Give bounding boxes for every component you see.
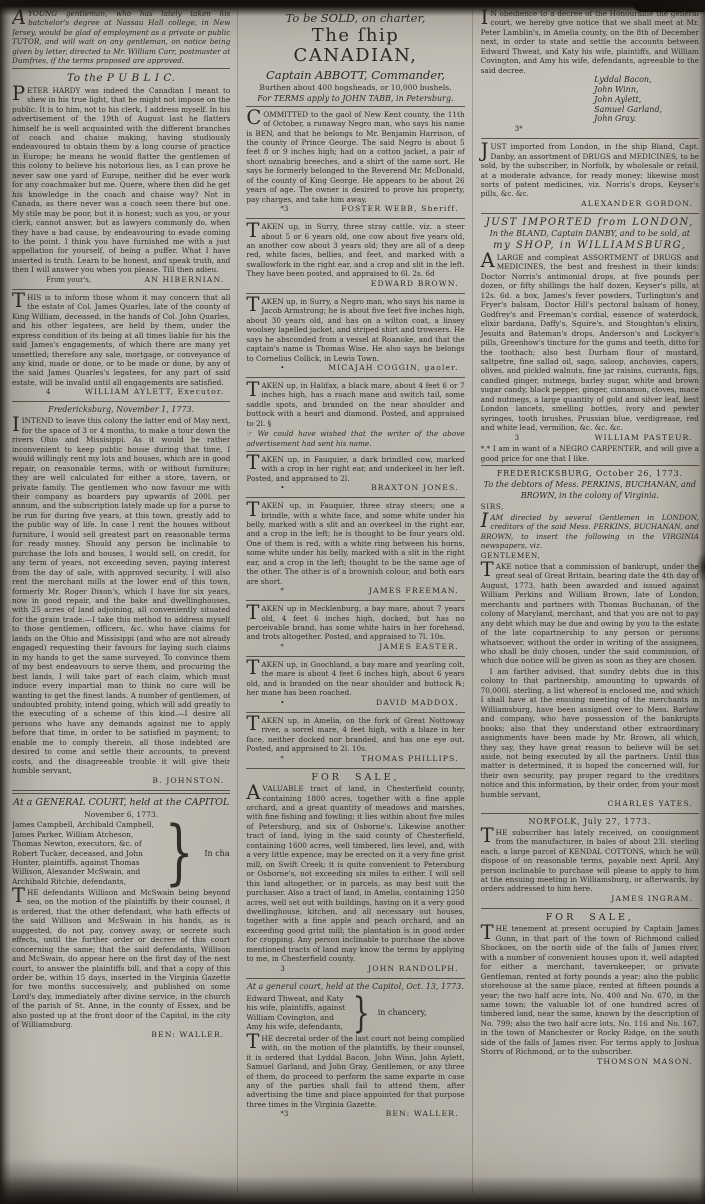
ad-paragraph: TAKE notice that a commission of bankrup…	[481, 562, 699, 666]
signature-mark: 3	[515, 433, 519, 444]
signature-row: THOMSON MASON.	[481, 1057, 699, 1069]
ad-paragraph: IINTEND to leave this colony the latter …	[12, 416, 230, 775]
ad-paragraph: THIS is to inform those whom it may conc…	[12, 293, 230, 388]
drop-cap: T	[246, 605, 259, 621]
drop-cap: A	[246, 785, 260, 801]
signature-name: ALEXANDER GORDON.	[581, 199, 693, 210]
drop-cap: J	[481, 143, 489, 159]
party-line: James Parker, William Atcheson,	[12, 830, 154, 839]
signature-mark: •	[280, 698, 284, 709]
drop-cap: T	[481, 828, 494, 844]
signature-row: B. JOHNSTON.	[12, 776, 230, 788]
signature-row: •MICAJAH COGGIN, gaoler.	[246, 363, 464, 375]
ad-heading: FREDERICKSBURG, October 26, 1773.	[481, 469, 699, 478]
ad-paragraph: TAKEN up, in Goochland, a bay mare and y…	[246, 660, 464, 698]
section-rule	[246, 656, 464, 657]
chancery-case: Edward Thweat, and Katyhis wife, plainti…	[246, 993, 464, 1033]
signature-row: *JAMES FREEMAN.	[246, 586, 464, 598]
signature-name: JAMES EASTER.	[379, 642, 459, 653]
section-rule	[481, 465, 699, 466]
ad-heading: my SHOP, in WILLIAMSBURG,	[481, 240, 699, 251]
drop-cap: T	[12, 293, 25, 309]
advertisement: TAKEN up, in Goochland, a bay mare and y…	[246, 660, 464, 709]
paragraph-text: ETER HARDY was indeed the Canadian I mea…	[12, 86, 230, 275]
newspaper-page: AYOUNG gentleman, who has lately taken h…	[0, 0, 705, 1204]
paragraph-text: HIS is to inform those whom it may conce…	[12, 293, 230, 387]
advertisement: NORFOLK, July 27, 1773.THE subscriber ha…	[481, 817, 699, 905]
ad-paragraph: TAKEN up, in Amelia, on the fork of Grea…	[246, 716, 464, 754]
signature-name: JAMES INGRAM.	[611, 894, 693, 905]
paragraph-text: I am farther advised, that sundry debts …	[481, 667, 699, 799]
ad-heading: To the debtors of Mess. PERKINS, BUCHANA…	[481, 480, 699, 490]
ad-paragraph: THE decretal order of the last court not…	[246, 1034, 464, 1110]
ad-paragraph: ☞ We could have wished that the writer o…	[246, 429, 464, 448]
signature-row: 3WILLIAM PASTEUR.	[481, 433, 699, 445]
ad-heading: NORFOLK, July 27, 1773.	[481, 817, 699, 826]
party-lines: James Campbell, Archibald Campbell,James…	[12, 820, 154, 886]
advertisement: AYOUNG gentleman, who has lately taken h…	[12, 9, 230, 66]
paragraph-text: SIRS,	[481, 502, 504, 511]
paragraph-text: VALUABLE tract of land, in Chesterfield …	[246, 784, 464, 963]
paragraph-text: LARGE and compleat ASSORTMENT of DRUGS a…	[481, 253, 699, 432]
page-edge-right-shadow	[699, 0, 705, 1204]
paragraph-text: INTEND to leave this colony the latter e…	[12, 416, 230, 775]
signature-mark: *	[280, 586, 284, 597]
signature-name: EDWARD BROWN.	[371, 279, 459, 290]
paragraph-text: UST imported from London, in the ship Bl…	[481, 142, 699, 198]
signature-row: 3*	[481, 124, 699, 136]
paragraph-text: AKEN up, in Surry, a Negro man, who says…	[246, 297, 464, 363]
advertisement: *.* I am in want of a NEGRO CARPENTER, a…	[481, 444, 699, 463]
paragraph-text: HE tenement at present occupied by Capta…	[481, 924, 699, 1056]
signature-mark: 3	[280, 964, 284, 975]
section-rule	[12, 790, 230, 795]
ad-paragraph: I am farther advised, that sundry debts …	[481, 667, 699, 799]
ad-heading: Fredericksburg, November 1, 1773.	[12, 405, 230, 415]
ad-paragraph: THE defendants Willison and McSwain bein…	[12, 888, 230, 1030]
ad-paragraph: AYOUNG gentleman, who has lately taken h…	[12, 9, 230, 66]
signature-mark: •	[280, 483, 284, 494]
drop-cap: T	[246, 660, 259, 676]
advertisement: JUST imported from London, in the ship B…	[481, 142, 699, 210]
paragraph-text: AM directed by several Gentlemen in LOND…	[481, 513, 699, 550]
signature-name: AN HIBERNIAN.	[145, 275, 225, 286]
section-rule	[246, 768, 464, 769]
ad-paragraph: TAKEN up, in Fauquier, a dark brindled c…	[246, 455, 464, 483]
advertisement: To be SOLD, on charter,The ſhip CANADIAN…	[246, 11, 464, 104]
ad-paragraph: TAKEN up, in Surry, a Negro man, who say…	[246, 297, 464, 363]
signatory-name: John Gray.	[594, 114, 699, 124]
ad-paragraph: THE tenement at present occupied by Capt…	[481, 924, 699, 1056]
signature-row: *3FOSTER WEBB, Sheriff.	[246, 204, 464, 216]
signature-name: BRAXTON JONES.	[371, 483, 459, 494]
signature-name: MICAJAH COGGIN, gaoler.	[328, 363, 458, 374]
paragraph-text: HE decretal order of the last court not …	[246, 1034, 464, 1109]
signature-mark: 3*	[515, 124, 523, 135]
signature-mark: From your's,	[46, 275, 91, 286]
section-rule	[481, 908, 699, 909]
advertisement: TAKEN up, in Amelia, on the fork of Grea…	[246, 716, 464, 765]
ad-paragraph: TAKEN up, in Surry, three stray cattle, …	[246, 222, 464, 279]
ad-paragraph: TAKEN up in Mecklenburg, a bay mare, abo…	[246, 604, 464, 642]
section-rule	[246, 712, 464, 713]
advertisement: TAKEN up in Mecklenburg, a bay mare, abo…	[246, 604, 464, 653]
paragraph-text: AKE notice that a commission of bankrupt…	[481, 562, 699, 666]
brace-glyph: }	[353, 993, 370, 1033]
signature-name: DAVID MADDOX.	[376, 698, 459, 709]
section-rule	[246, 293, 464, 294]
section-rule	[246, 600, 464, 601]
drop-cap: T	[246, 297, 259, 313]
signature-name: FOSTER WEBB, Sheriff.	[341, 204, 458, 215]
ad-paragraph: ALARGE and compleat ASSORTMENT of DRUGS …	[481, 253, 699, 433]
ad-paragraph: THE subscriber has lately received, on c…	[481, 828, 699, 894]
ad-heading: November 6, 1773.	[12, 810, 230, 819]
paragraph-text: AKEN up, in Fauquier, a dark brindled co…	[246, 455, 464, 483]
advertisement: TAKEN up, in Surry, three stray cattle, …	[246, 222, 464, 290]
ad-paragraph: TAKEN up, in Fauquier, three stray steer…	[246, 501, 464, 586]
ad-heading: At a GENERAL COURT, held at the CAPITOL	[12, 797, 230, 808]
advertisement: TAKEN up, in Surry, a Negro man, who say…	[246, 297, 464, 375]
ad-paragraph: IAM directed by several Gentlemen in LON…	[481, 513, 699, 551]
signatory-name: Lyddal Bacon,	[594, 75, 699, 85]
section-rule	[481, 138, 699, 139]
section-rule	[246, 218, 464, 219]
signature-row: BEN: WALLER.	[12, 1030, 230, 1042]
paragraph-text: N obedience to a decree of the Honourabl…	[481, 9, 699, 75]
advertisement: TAKEN up, in Halifax, a black mare, abou…	[246, 381, 464, 448]
signature-name: WILLIAM AYLETT, Executor.	[85, 387, 224, 398]
advertisement: At a general court, held at the Capitol,…	[246, 982, 464, 1033]
drop-cap: T	[12, 888, 25, 904]
drop-cap: T	[246, 223, 259, 239]
paragraph-text: AKEN up, in Fauquier, three stray steers…	[246, 501, 464, 586]
signature-mark: *	[280, 642, 284, 653]
party-line: Archibald Ritchie, defendants,	[12, 877, 154, 886]
drop-cap: A	[12, 10, 26, 26]
ad-heading: Burthen about 400 hogsheads, or 10,000 b…	[246, 83, 464, 92]
signature-name: B. JOHNSTON.	[152, 776, 224, 787]
drop-cap: I	[481, 513, 489, 529]
advertisement: THE defendants Willison and McSwain bein…	[12, 888, 230, 1041]
paragraph-text: AKEN up, in Amelia, on the fork of Great…	[246, 716, 464, 753]
drop-cap: I	[481, 10, 489, 26]
column-1: AYOUNG gentleman, who has lately taken h…	[12, 9, 230, 1194]
party-line: Willison, Alexander McSwain, and	[12, 867, 154, 876]
column-container: AYOUNG gentleman, who has lately taken h…	[12, 9, 699, 1194]
paragraph-text: *.* I am in want of a NEGRO CARPENTER, a…	[481, 444, 699, 462]
ad-heading: Captain ABBOTT, Commander,	[246, 68, 464, 82]
signature-name: JAMES FREEMAN.	[369, 586, 459, 597]
drop-cap: T	[246, 502, 259, 518]
section-rule	[246, 451, 464, 452]
ad-heading: For TERMS apply to JOHN TABB, in Petersb…	[246, 94, 464, 104]
section-rule	[481, 813, 699, 814]
advertisement: TAKEN up, in Fauquier, a dark brindled c…	[246, 455, 464, 495]
chancery-label: In chancery.	[204, 849, 230, 858]
signature-name: BEN: WALLER.	[151, 1030, 224, 1041]
drop-cap: C	[246, 110, 261, 126]
signature-row: 3JOHN RANDOLPH.	[246, 964, 464, 976]
signatory-name: John Aylett,	[594, 95, 699, 105]
signatory-name: John Winn,	[594, 85, 699, 95]
advertisement: Fredericksburg, November 1, 1773.IINTEND…	[12, 405, 230, 787]
paragraph-text: GENTLEMEN,	[481, 551, 541, 560]
section-rule	[12, 289, 230, 290]
ad-paragraph: AVALUABLE tract of land, in Chesterfield…	[246, 784, 464, 964]
signature-name: WILLIAM PASTEUR.	[595, 433, 693, 444]
advertisement: FOR SALE,AVALUABLE tract of land, in Che…	[246, 772, 464, 976]
paragraph-text: OMMITTED to the gaol of New Kent county,…	[246, 110, 464, 204]
paragraph-text: AKEN up, in Goochland, a bay mare and ye…	[246, 660, 464, 697]
drop-cap: T	[481, 925, 494, 941]
paragraph-text: AKEN up, in Halifax, a black mare, about…	[246, 381, 464, 428]
advertisement: At a GENERAL COURT, held at the CAPITOLN…	[12, 797, 230, 886]
advertisement: TAKEN up, in Fauquier, three stray steer…	[246, 501, 464, 598]
party-lines: Edward Thweat, and Katyhis wife, plainti…	[246, 994, 345, 1032]
column-3: IN obedience to a decree of the Honourab…	[472, 9, 699, 1194]
section-rule	[12, 68, 230, 69]
signature-name: THOMAS PHILLIPS.	[361, 754, 459, 765]
section-rule	[481, 213, 699, 214]
signature-row: *3BEN: WALLER.	[246, 1109, 464, 1121]
chancery-case: James Campbell, Archibald Campbell,James…	[12, 820, 230, 886]
section-rule	[246, 497, 464, 498]
ad-heading: BROWN, in the colony of Virginia.	[481, 491, 699, 501]
paragraph-text: HE subscriber has lately received, on co…	[481, 828, 699, 894]
section-rule	[246, 106, 464, 107]
paragraph-text: YOUNG gentleman, who has lately taken hi…	[12, 9, 230, 65]
paragraph-text: HE defendants Willison and McSwain being…	[12, 888, 230, 1029]
party-line: Edward Thweat, and Katy	[246, 994, 345, 1003]
party-line: Thomas Newton, executors, &c. of	[12, 839, 154, 848]
advertisement: THIS is to inform those whom it may conc…	[12, 293, 230, 399]
signatory-name: Samuel Garland,	[594, 105, 699, 115]
signature-mark: *3	[280, 204, 288, 215]
signature-row: JAMES INGRAM.	[481, 894, 699, 906]
drop-cap: T	[246, 1034, 259, 1050]
signature-name: JOHN RANDOLPH.	[368, 964, 459, 975]
ad-heading: To the P U B L I C.	[12, 72, 230, 84]
ad-paragraph: PETER HARDY was indeed the Canadian I me…	[12, 86, 230, 275]
ad-paragraph: IN obedience to a decree of the Honourab…	[481, 9, 699, 75]
signature-mark: 4	[46, 387, 50, 398]
drop-cap: A	[481, 253, 495, 269]
party-line: James Campbell, Archibald Campbell,	[12, 820, 154, 829]
ad-heading: FOR SALE,	[246, 772, 464, 783]
chancery-label: in chancery,	[378, 1008, 427, 1017]
advertisement: IN obedience to a decree of the Honourab…	[481, 9, 699, 136]
advertisement: FREDERICKSBURG, October 26, 1773.To the …	[481, 469, 699, 810]
paragraph-text: AKEN up, in Surry, three stray cattle, v…	[246, 222, 464, 278]
page-edge-left-shadow	[0, 0, 11, 1204]
signature-row: From your's,AN HIBERNIAN.	[12, 275, 230, 287]
ad-paragraph: TAKEN up, in Halifax, a black mare, abou…	[246, 381, 464, 428]
signature-row: *JAMES EASTER.	[246, 642, 464, 654]
party-line: Amy his wife, defendants,	[246, 1022, 345, 1031]
ad-heading: FOR SALE,	[481, 912, 699, 923]
signature-row: CHARLES YATES.	[481, 799, 699, 811]
signature-row: •BRAXTON JONES.	[246, 483, 464, 495]
signature-row: EDWARD BROWN.	[246, 279, 464, 291]
signature-name: THOMSON MASON.	[597, 1057, 693, 1068]
section-rule	[246, 978, 464, 979]
drop-cap: T	[481, 562, 494, 578]
signature-mark: •	[280, 363, 284, 374]
drop-cap: T	[246, 455, 259, 471]
drop-cap: T	[246, 382, 259, 398]
section-rule	[246, 377, 464, 378]
signature-row: ALEXANDER GORDON.	[481, 199, 699, 211]
advertisement: To the P U B L I C.PETER HARDY was indee…	[12, 72, 230, 286]
drop-cap: P	[12, 86, 25, 102]
ad-paragraph: COMMITTED to the gaol of New Kent county…	[246, 110, 464, 205]
signature-row: •DAVID MADDOX.	[246, 698, 464, 710]
signature-row: *THOMAS PHILLIPS.	[246, 754, 464, 766]
ad-heading: In the BLAND, Captain DANBY, and to be s…	[481, 229, 699, 239]
party-line: his wife, plaintiffs, against	[246, 1003, 345, 1012]
paragraph-text: ☞ We could have wished that the writer o…	[246, 429, 464, 447]
drop-cap: T	[246, 716, 259, 732]
advertisement: JUST IMPORTED from LONDON,In the BLAND, …	[481, 217, 699, 444]
section-rule	[12, 401, 230, 402]
party-line: Robert Tucker, deceased, and John	[12, 849, 154, 858]
drop-cap: I	[12, 417, 20, 433]
paragraph-text: AKEN up in Mecklenburg, a bay mare, abou…	[246, 604, 464, 641]
signature-row: 4WILLIAM AYLETT, Executor.	[12, 387, 230, 399]
party-line: William Covington, and	[246, 1013, 345, 1022]
signature-mark: *3	[280, 1109, 288, 1120]
column-2: To be SOLD, on charter,The ſhip CANADIAN…	[237, 9, 464, 1194]
signature-mark: *	[280, 754, 284, 765]
ad-heading: JUST IMPORTED from LONDON,	[481, 217, 699, 228]
brace-glyph: }	[165, 820, 194, 886]
ad-heading: The ſhip CANADIAN,	[246, 26, 464, 66]
ad-heading: To be SOLD, on charter,	[246, 11, 464, 25]
ad-paragraph: *.* I am in want of a NEGRO CARPENTER, a…	[481, 444, 699, 463]
ad-paragraph: SIRS,	[481, 502, 699, 511]
ad-paragraph: JUST imported from London, in the ship B…	[481, 142, 699, 199]
signature-name: CHARLES YATES.	[607, 799, 693, 810]
party-line: Hunter, plaintiffs, against Thomas	[12, 858, 154, 867]
advertisement: FOR SALE,THE tenement at present occupie…	[481, 912, 699, 1068]
advertisement: COMMITTED to the gaol of New Kent county…	[246, 110, 464, 216]
advertisement: THE decretal order of the last court not…	[246, 1034, 464, 1121]
ad-paragraph: GENTLEMEN,	[481, 551, 699, 560]
signature-name: BEN: WALLER.	[386, 1109, 459, 1120]
